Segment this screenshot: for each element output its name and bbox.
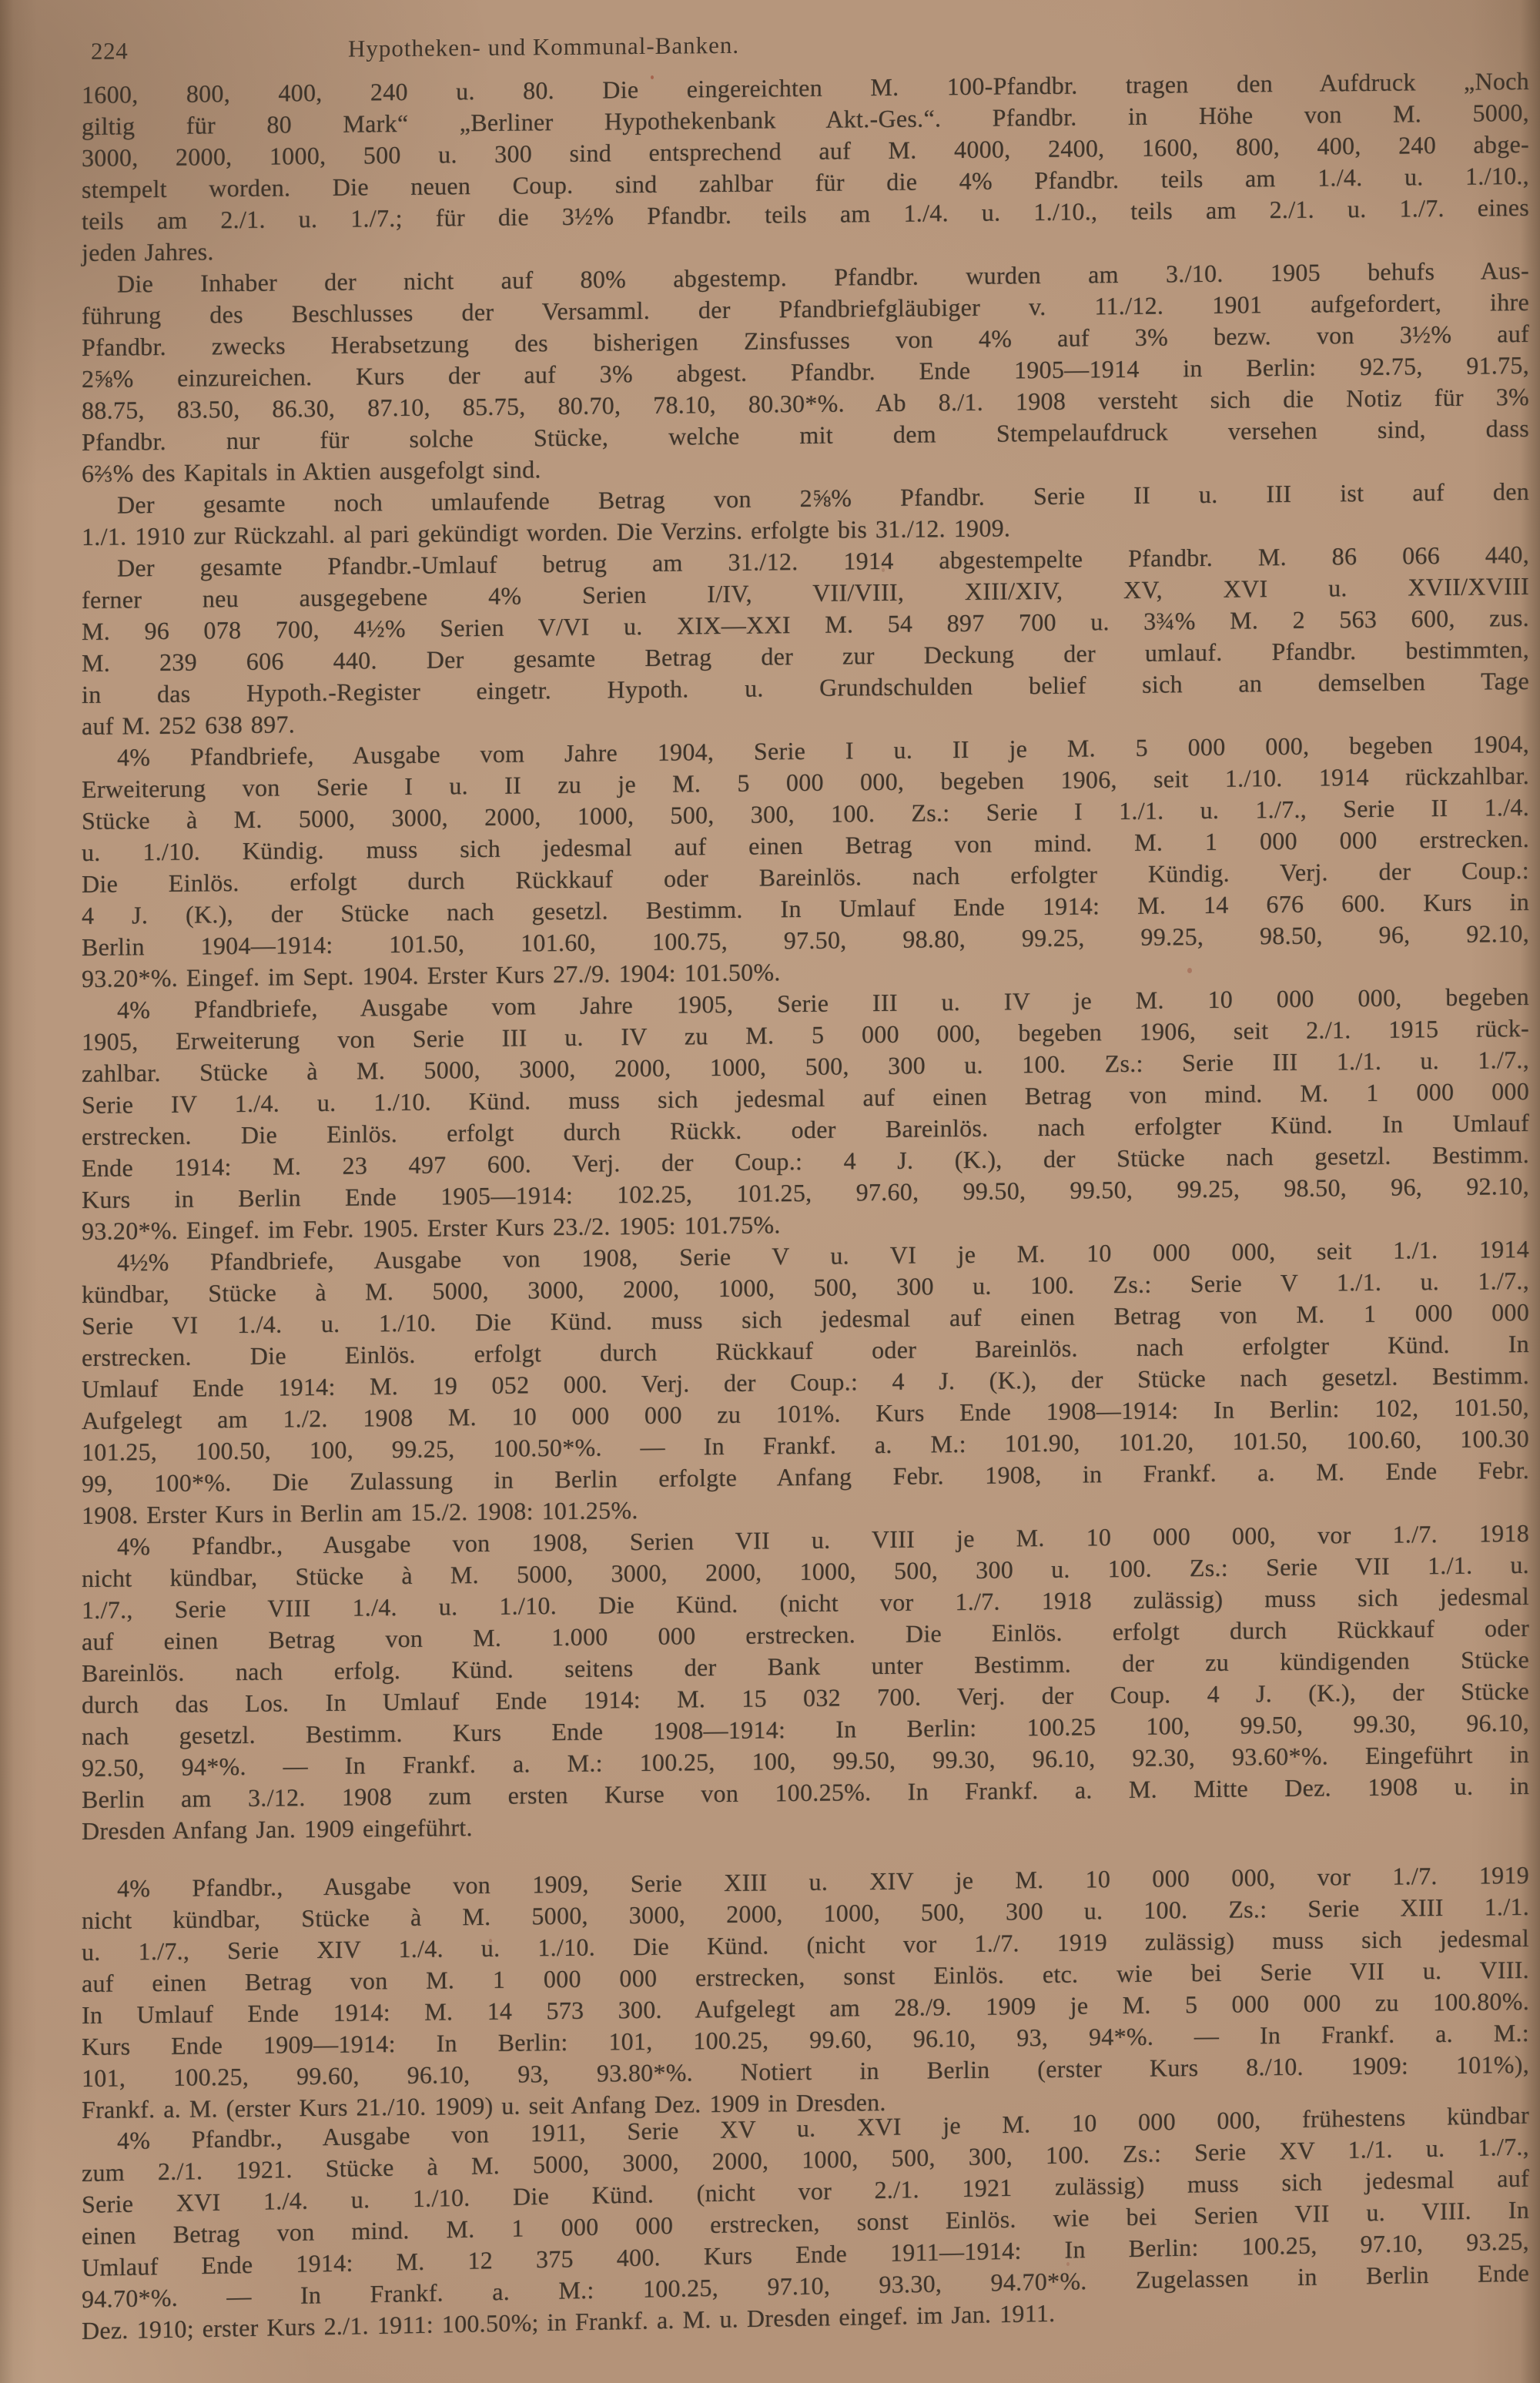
paragraph: Der gesamte Pfandbr.-Umlauf betrug am 31… (82, 539, 1529, 742)
paragraph: 4% Pfandbriefe, Ausgabe vom Jahre 1905, … (82, 981, 1529, 1247)
paragraph: 4% Pfandbriefe, Ausgabe vom Jahre 1904, … (82, 728, 1529, 995)
paragraph: 4% Pfandbr., Ausgabe von 1911, Serie XV … (82, 2100, 1529, 2347)
running-header: 224 Hypotheken- und Kommunal-Banken. (0, 24, 1540, 69)
paragraph: 4% Pfandbr., Ausgabe von 1908, Serien VI… (82, 1518, 1529, 1847)
scanned-book-page: 224 Hypotheken- und Kommunal-Banken. 160… (0, 0, 1540, 2383)
text-body: 1600, 800, 400, 240 u. 80. Die eingereic… (82, 65, 1529, 2347)
header-title: Hypotheken- und Kommunal-Banken. (348, 32, 739, 63)
page-content: 224 Hypotheken- und Kommunal-Banken. 160… (0, 0, 1540, 2383)
page-number: 224 (91, 37, 128, 65)
paragraph: 4½% Pfandbriefe, Ausgabe von 1908, Serie… (82, 1233, 1529, 1531)
paragraph: Die Inhaber der nicht auf 80% abgestemp.… (82, 255, 1529, 490)
paragraph: 4% Pfandbr., Ausgabe von 1909, Serie XII… (82, 1859, 1529, 2126)
paragraph: 1600, 800, 400, 240 u. 80. Die eingereic… (82, 65, 1529, 269)
